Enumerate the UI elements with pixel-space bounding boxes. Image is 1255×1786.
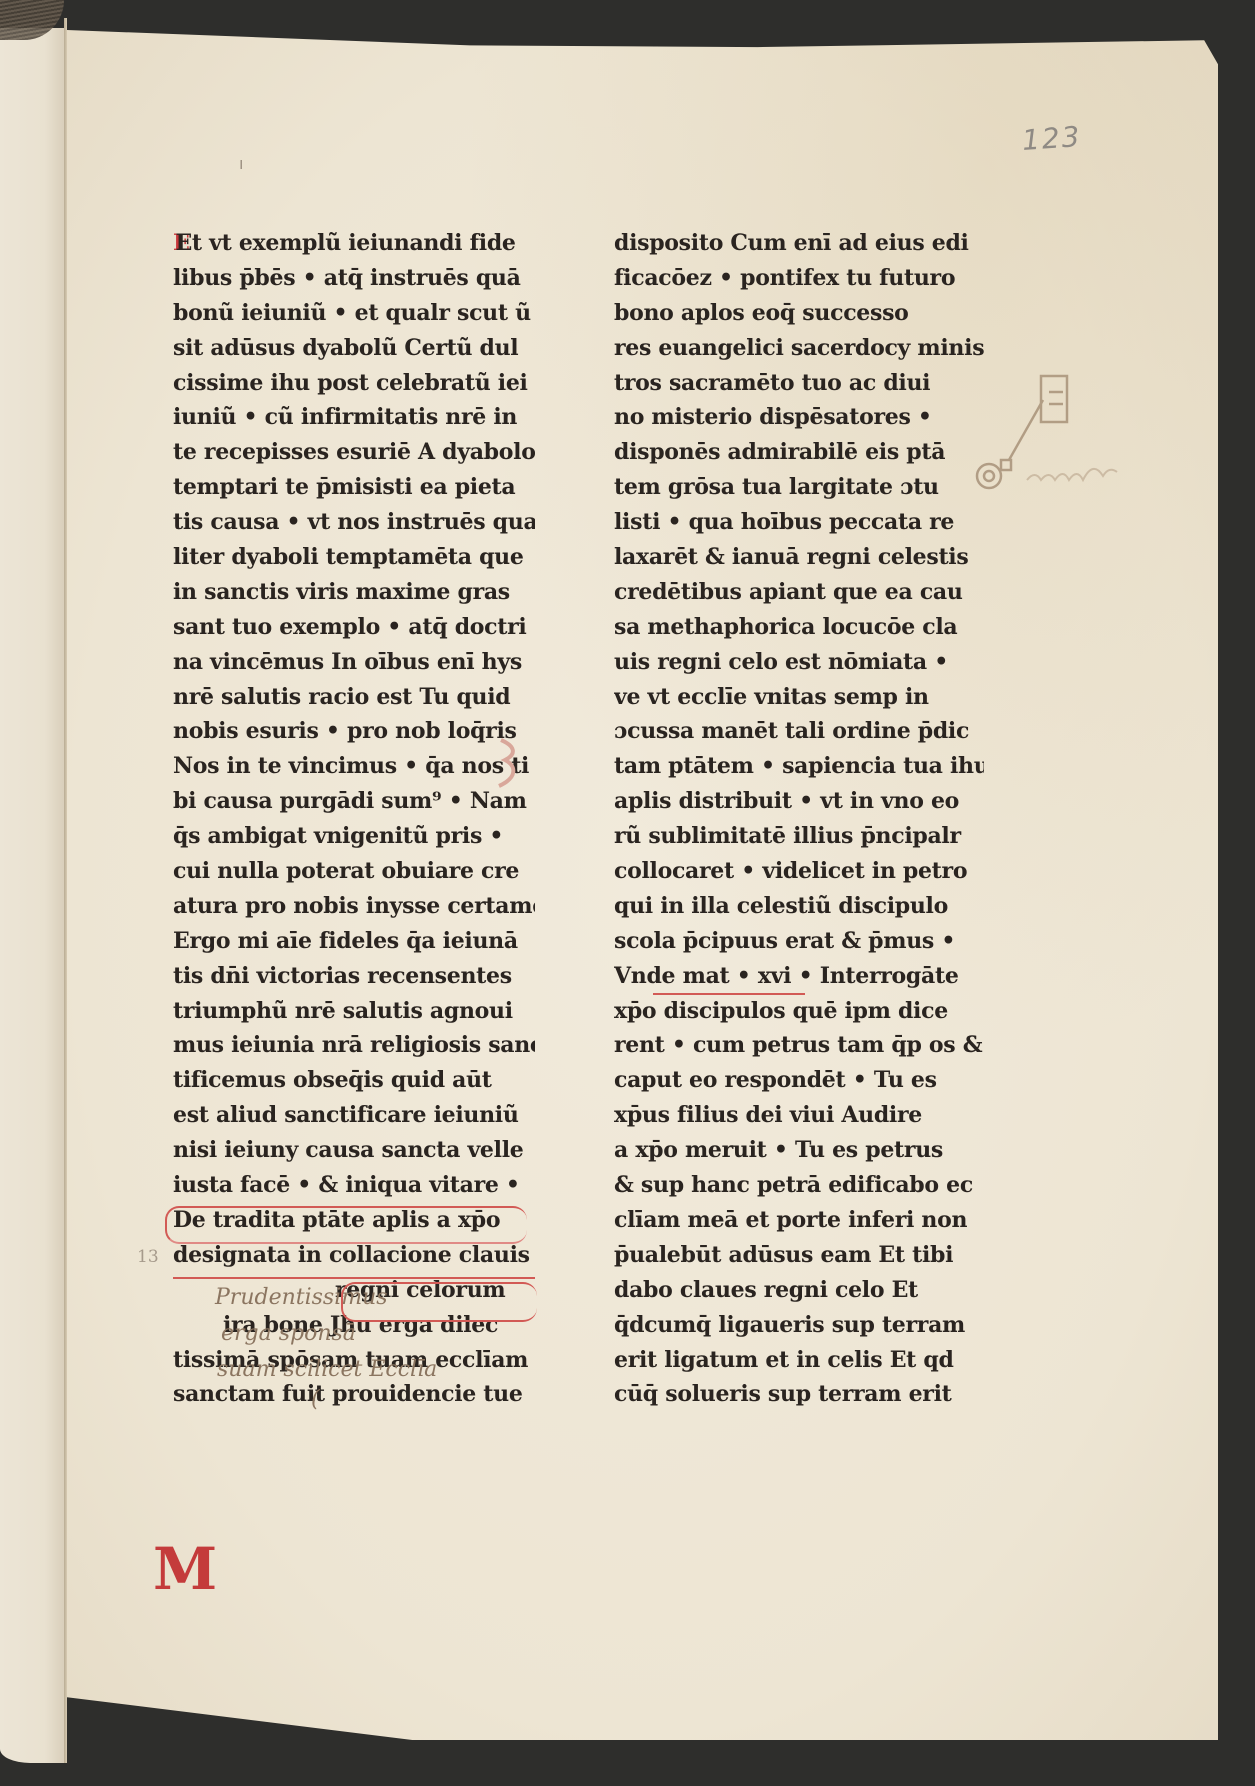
rubricated-initial: M — [153, 1540, 209, 1598]
text-line: tificemus obseq̄is quid aūt — [173, 1063, 535, 1098]
text-line: nisi ieiuny causa sancta velle — [173, 1133, 535, 1168]
text-line: tam ptātem • sapiencia tua ihu — [614, 749, 984, 784]
text-line: q̄s ambigat vnigenitũ pris • — [173, 819, 535, 854]
text-line: te recepisses esuriē A dyabolo — [173, 435, 535, 470]
note-line: Prudentissimus — [215, 1280, 515, 1316]
text-line: ɔcussa manēt tali ordine p̄dic — [614, 714, 984, 749]
text-line: sant tuo exemplo • atq̄ doctri — [173, 610, 535, 645]
note-line: suam scilicet Ecclīa — [215, 1352, 515, 1388]
text-line: atura pro nobis inysse certamē — [173, 889, 535, 924]
folio-number: 123 — [1021, 120, 1083, 157]
gutter — [64, 18, 67, 1763]
text-line: liter dyaboli temptamēta que — [173, 540, 535, 575]
text-line: xp̄o discipulos quē ipm dice — [614, 994, 984, 1029]
note-line: erga sponsā — [215, 1316, 515, 1352]
text-line: dabo claues regni celo Et — [614, 1273, 984, 1308]
margin-number: 13 — [137, 1247, 159, 1267]
text-line: a xp̄o meruit • Tu es petrus — [614, 1133, 984, 1168]
rubric-underline — [173, 1277, 535, 1279]
text-line: EEt vt exemplũ ieiunandi fide — [173, 226, 535, 261]
rubric-heading-line: designata in collacione clauis — [173, 1238, 535, 1273]
text-line: & sup hanc petrā edificabo ec — [614, 1168, 984, 1203]
text-line: nrē salutis racio est Tu quid — [173, 680, 535, 715]
text-line: cūq̄ solueris sup terram erit — [614, 1377, 984, 1412]
text-line: no misterio dispēsatores • — [614, 400, 984, 435]
text-line: qui in illa celestiũ discipulo — [614, 889, 984, 924]
text-line: cui nulla poterat obuiare cre — [173, 854, 535, 889]
text-line: cissime ihu post celebratũ iei — [173, 366, 535, 401]
text-line: caput eo respondēt • Tu es — [614, 1063, 984, 1098]
note-flourish: ( — [215, 1388, 515, 1412]
text-line: scola p̄cipuus erat & p̄mus • — [614, 924, 984, 959]
text-line: ficacōez • pontifex tu futuro — [614, 261, 984, 296]
left-page-fore-edge — [0, 0, 64, 40]
text-line: bono aplos eoq̄ successo — [614, 296, 984, 331]
text-line: uis regni celo est nōmiata • — [614, 645, 984, 680]
right-column: disposito Cum enī ad eius edi ficacōez •… — [614, 226, 984, 1412]
pen-tick-mark: ı — [239, 154, 243, 173]
text-line: disponēs admirabilē eis ptā — [614, 435, 984, 470]
text-line: bi causa purgādi sum⁹ • Nam — [173, 784, 535, 819]
left-column: EEt vt exemplũ ieiunandi fide libus p̄bē… — [173, 226, 535, 1412]
text-line: tem grōsa tua largitate ɔtu — [614, 470, 984, 505]
text-line: res euangelici sacerdocy minis — [614, 331, 984, 366]
text-line: q̄dcumq̄ ligaueris sup terram — [614, 1308, 984, 1343]
text-line: iuniũ • cũ infirmitatis nrē in — [173, 400, 535, 435]
leaf-recto: 123 ı EEt vt exemplũ ieiunandi fide libu… — [67, 30, 1218, 1740]
rubric-heading-line: De tradita ptāte aplis a xp̄o — [173, 1203, 535, 1238]
text-line: listi • qua hoībus peccata re — [614, 505, 984, 540]
text-line: Nos in te vincimus • q̄a nos ti — [173, 749, 535, 784]
facing-left-page — [0, 28, 64, 1763]
text-line: aplis distribuit • vt in vno eo — [614, 784, 984, 819]
text-line: in sanctis viris maxime gras — [173, 575, 535, 610]
text-line: Vnde mat • xvi • Interrogāte — [614, 959, 984, 994]
text-line: est aliud sanctificare ieiuniũ — [173, 1098, 535, 1133]
text-line: mus ieiunia nrā religiosis sanc — [173, 1028, 535, 1063]
text-line: collocaret • videlicet in petro — [614, 854, 984, 889]
text-line: laxarēt & ianuā regni celestis — [614, 540, 984, 575]
citation-underline — [653, 993, 805, 995]
text-line: triumphũ nrē salutis agnoui — [173, 994, 535, 1029]
red-paraph-mark — [497, 738, 521, 788]
text-line: nobis esuris • pro nob loq̄ris — [173, 714, 535, 749]
key-drawing-marginalia — [967, 370, 1137, 490]
text-line: clīam meā et porte inferi non — [614, 1203, 984, 1238]
text-line: xp̄us filius dei viui Audire — [614, 1098, 984, 1133]
text-line: tis dn̄i victorias recensentes — [173, 959, 535, 994]
handwritten-marginal-note: Prudentissimus erga sponsā suam scilicet… — [215, 1280, 515, 1412]
text-line: ve vt ecclīe vnitas semp in — [614, 680, 984, 715]
text-line: tros sacramēto tuo ac diui — [614, 366, 984, 401]
text-line: rũ sublimitatē illius p̄ncipalr — [614, 819, 984, 854]
text-line: sa methaphorica locucōe cla — [614, 610, 984, 645]
text-line: Ergo mi aīe fideles q̄a ieiunā — [173, 924, 535, 959]
text-line: na vincēmus In oībus enī hys — [173, 645, 535, 680]
text-line: disposito Cum enī ad eius edi — [614, 226, 984, 261]
text-line: credētibus apiant que ea cau — [614, 575, 984, 610]
text-line: sit adūsus dyabolũ Certũ dul — [173, 331, 535, 366]
text-line: iusta facē • & iniqua vitare • — [173, 1168, 535, 1203]
text-line: libus p̄bēs • atq̄ instruēs quā — [173, 261, 535, 296]
text-line: erit ligatum et in celis Et qd — [614, 1343, 984, 1378]
text-line: temptari te p̄misisti ea pieta — [173, 470, 535, 505]
text-line: rent • cum petrus tam q̄p os & — [614, 1028, 984, 1063]
text-line: bonũ ieiuniũ • et qualr scut ũ — [173, 296, 535, 331]
text-line: p̄ualebūt adūsus eam Et tibi — [614, 1238, 984, 1273]
text-line-content: Et vt exemplũ ieiunandi fide — [175, 230, 515, 256]
text-line: tis causa • vt nos instruēs qua — [173, 505, 535, 540]
